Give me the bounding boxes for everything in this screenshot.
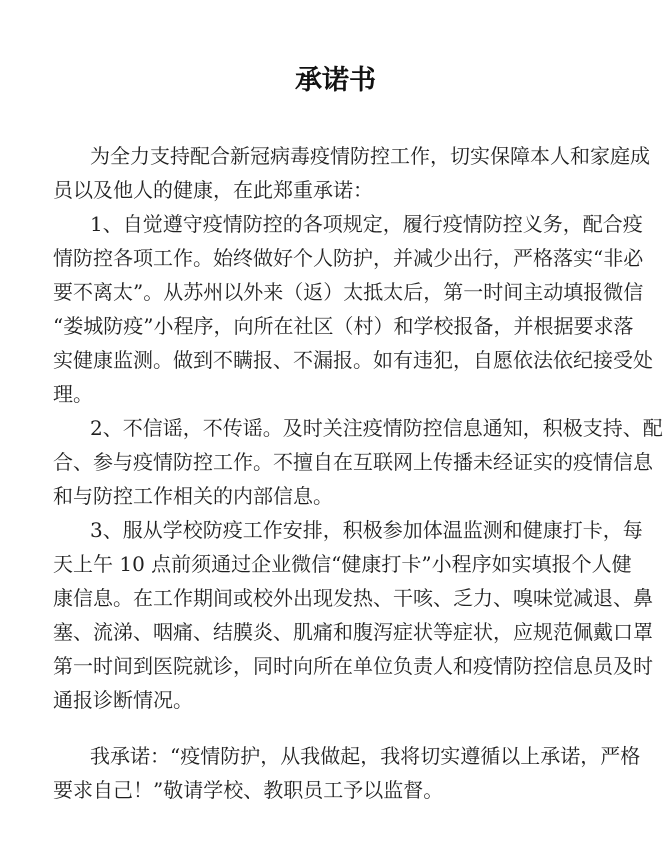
text-line: 员以及他人的健康，在此郑重承诺： — [53, 176, 613, 204]
text-line: 为全力支持配合新冠病毒疫情防控工作，切实保障本人和家庭成 — [90, 142, 613, 170]
text-line: 要不离太”。从苏州以外来（返）太抵太后，第一时间主动填报微信 — [53, 278, 613, 306]
document-title: 承诺书 — [0, 58, 671, 97]
text-line: 我承诺：“疫情防护，从我做起，我将切实遵循以上承诺，严格 — [90, 742, 613, 770]
text-line: 和与防控工作相关的内部信息。 — [53, 482, 613, 510]
text-line: 塞、流涕、咽痛、结膜炎、肌痛和腹泻症状等症状，应规范佩戴口罩 — [53, 618, 613, 646]
text-line: 要求自己！”敬请学校、教职员工予以监督。 — [53, 776, 613, 804]
text-line: 实健康监测。做到不瞒报、不漏报。如有违犯，自愿依法依纪接受处 — [53, 346, 613, 374]
text-line: 第一时间到医院就诊，同时向所在单位负责人和疫情防控信息员及时 — [53, 652, 613, 680]
text-line: 天上午 10 点前须通过企业微信“健康打卡”小程序如实填报个人健 — [53, 550, 613, 578]
text-line: 通报诊断情况。 — [53, 686, 613, 714]
text-line: 2、不信谣，不传谣。及时关注疫情防控信息通知，积极支持、配 — [90, 414, 613, 442]
text-line: “娄城防疫”小程序，向所在社区（村）和学校报备，并根据要求落 — [53, 312, 613, 340]
text-line: 理。 — [53, 380, 613, 408]
text-line: 1、自觉遵守疫情防控的各项规定，履行疫情防控义务，配合疫 — [90, 210, 613, 238]
text-line: 康信息。在工作期间或校外出现发热、干咳、乏力、嗅味觉减退、鼻 — [53, 584, 613, 612]
text-line: 情防控各项工作。始终做好个人防护，并减少出行，严格落实“非必 — [53, 244, 613, 272]
text-line: 3、服从学校防疫工作安排，积极参加体温监测和健康打卡，每 — [90, 516, 613, 544]
text-line: 合、参与疫情防控工作。不擅自在互联网上传播未经证实的疫情信息 — [53, 448, 613, 476]
